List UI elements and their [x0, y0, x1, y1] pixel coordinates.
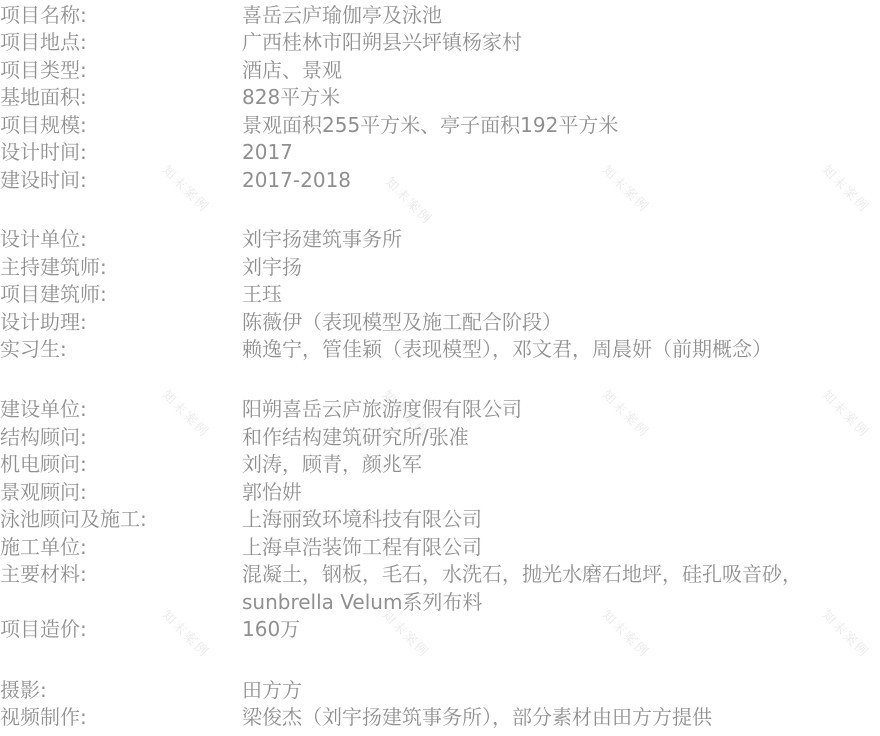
credit-value: 刘宇扬	[242, 254, 302, 281]
credit-label: 施工单位:	[0, 534, 240, 561]
credit-label: 机电顾问:	[0, 451, 240, 478]
credit-label: 景观顾问:	[0, 479, 240, 506]
watermark: 知末案例	[599, 385, 655, 441]
watermark: 知末案例	[819, 160, 875, 216]
credit-value: 广西桂林市阳朔县兴坪镇杨家村	[242, 29, 522, 56]
watermark: 知末案例	[599, 160, 655, 216]
credit-label: 项目规模:	[0, 112, 240, 139]
credit-value: 梁俊杰（刘宇扬建筑事务所），部分素材由田方方提供	[242, 704, 712, 731]
credit-label: 摄影:	[0, 677, 240, 704]
credit-label: 泳池顾问及施工:	[0, 506, 240, 533]
credit-value: 阳朔喜岳云庐旅游度假有限公司	[242, 396, 522, 423]
watermark: 知末案例	[819, 605, 875, 661]
credit-label: 项目造价:	[0, 616, 240, 643]
credit-value: 2017-2018	[242, 167, 351, 194]
credit-label: 主持建筑师:	[0, 254, 240, 281]
credit-value: 上海丽致环境科技有限公司	[242, 506, 482, 533]
credit-label: 主要材料:	[0, 561, 240, 588]
credit-value: 田方方	[242, 677, 302, 704]
credit-label: 基地面积:	[0, 84, 240, 111]
credit-value: 陈薇伊（表现模型及施工配合阶段）	[242, 309, 562, 336]
credit-value: 828平方米	[242, 84, 340, 111]
credit-label: 项目地点:	[0, 29, 240, 56]
credit-value: 景观面积255平方米、亭子面积192平方米	[242, 112, 618, 139]
credit-value: 2017	[242, 139, 293, 166]
credit-value: 刘涛，顾青，颜兆军	[242, 451, 422, 478]
credit-label: 实习生:	[0, 336, 240, 363]
credit-value: sunbrella Velum系列布料	[242, 589, 482, 616]
credit-label: 设计时间:	[0, 139, 240, 166]
credit-label: 项目名称:	[0, 2, 240, 29]
watermark: 知末案例	[599, 605, 655, 661]
credit-value: 郭怡妌	[242, 479, 302, 506]
credit-value: 酒店、景观	[242, 57, 342, 84]
credit-value: 王珏	[242, 281, 282, 308]
credit-value: 和作结构建筑研究所/张准	[242, 424, 469, 451]
credit-label: 项目类型:	[0, 57, 240, 84]
watermark: 知末案例	[382, 172, 438, 228]
credit-value: 刘宇扬建筑事务所	[242, 226, 402, 253]
credit-label: 设计单位:	[0, 226, 240, 253]
credit-label: 项目建筑师:	[0, 281, 240, 308]
credit-value: 上海卓浩装饰工程有限公司	[242, 534, 482, 561]
credit-value: 混凝土，钢板，毛石，水洗石，抛光水磨石地坪，硅孔吸音砂，	[242, 561, 802, 588]
watermark: 知末案例	[819, 385, 875, 441]
credit-value: 赖逸宁，管佳颖（表现模型），邓文君，周晨妍（前期概念）	[242, 336, 772, 363]
credit-label: 建设单位:	[0, 396, 240, 423]
credit-label: 视频制作:	[0, 704, 240, 731]
credit-label: 结构顾问:	[0, 424, 240, 451]
credit-label: 设计助理:	[0, 309, 240, 336]
credit-value: 160万	[242, 616, 300, 643]
credit-value: 喜岳云庐瑜伽亭及泳池	[242, 2, 442, 29]
credit-label: 建设时间:	[0, 167, 240, 194]
